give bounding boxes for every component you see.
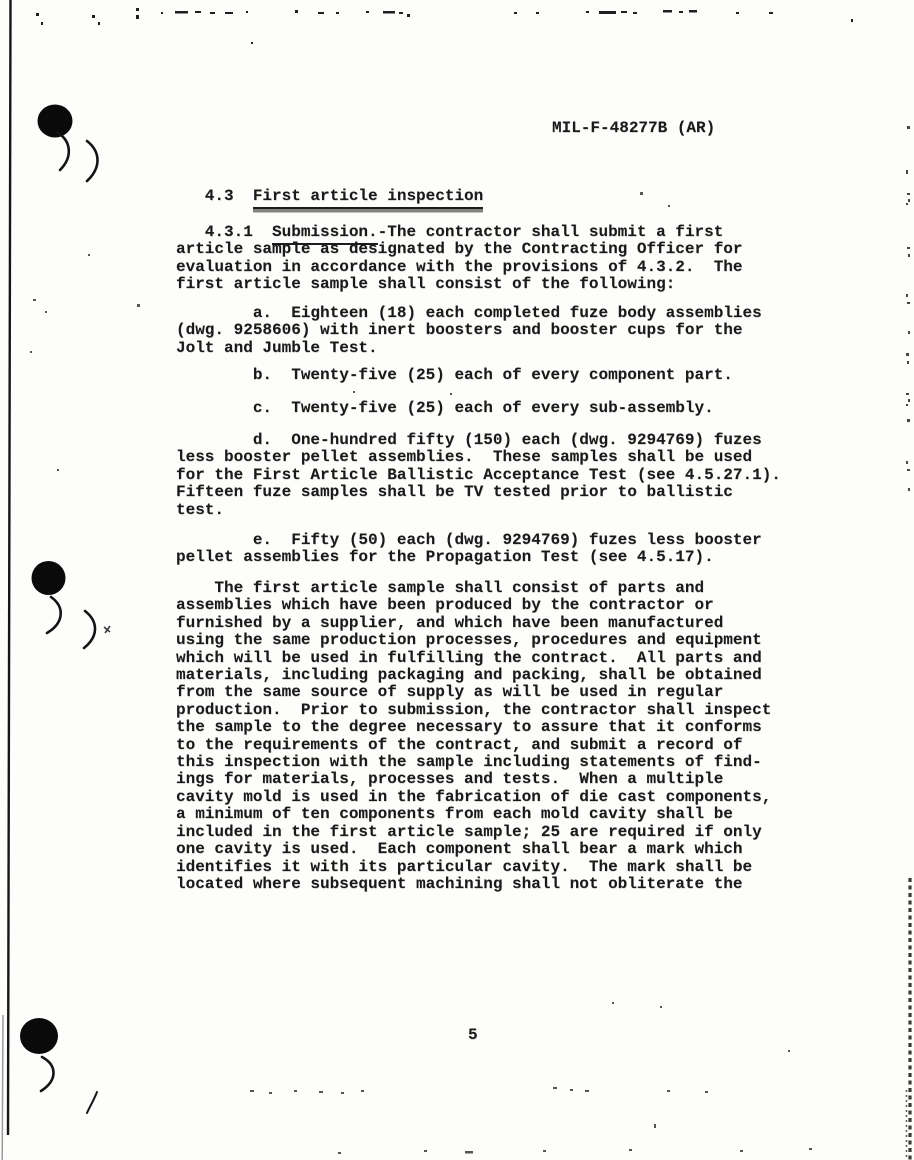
scan-speckles-top	[36, 8, 853, 44]
list-item-d: d. One-hundred fifty (150) each (dwg. 92…	[176, 432, 781, 519]
pen-check-mark	[41, 1057, 54, 1091]
closing-paragraph: The first article sample shall consist o…	[176, 580, 771, 893]
section-title: First article inspection	[253, 187, 483, 209]
paragraph-number: 4.3.1	[176, 223, 272, 241]
pen-check-mark	[47, 597, 61, 633]
hole-punch-mark	[32, 561, 66, 595]
list-item-c: c. Twenty-five (25) each of every sub-as…	[176, 400, 714, 417]
list-item-b: b. Twenty-five (25) each of every compon…	[176, 367, 733, 384]
scan-edge-line	[8, 0, 11, 1135]
paragraph-first-line: 4.3.1 Submission.-The contractor shall s…	[176, 224, 743, 241]
scan-speckles-right	[906, 126, 910, 491]
list-item-e: e. Fifty (50) each (dwg. 9294769) fuzes …	[176, 532, 762, 567]
page-number: 5	[468, 1027, 478, 1044]
scanned-document-page: MIL-F-48277B (AR) 4.3 First article insp…	[0, 0, 914, 1160]
paragraph-continuation: article sample as designated by the Cont…	[176, 241, 743, 293]
hole-punch-mark	[20, 1018, 58, 1054]
pen-check-marks	[41, 133, 98, 1113]
pen-x-speck	[104, 626, 110, 633]
pen-check-mark	[58, 133, 69, 170]
document-number: MIL-F-48277B (AR)	[552, 120, 715, 137]
section-number: 4.3	[176, 187, 253, 205]
pen-check-mark	[87, 141, 98, 181]
pen-slash-mark	[87, 1092, 97, 1113]
paragraph-first-line-rest: -The contractor shall submit a first	[378, 223, 724, 241]
hole-punch-marks	[20, 105, 73, 1055]
section-heading: 4.3 First article inspection	[176, 188, 483, 205]
scan-edge-line-faint	[2, 1015, 3, 1160]
list-item-a: a. Eighteen (18) each completed fuze bod…	[176, 305, 762, 357]
pen-check-mark	[84, 611, 95, 648]
paragraph-4-3-1: 4.3.1 Submission.-The contractor shall s…	[176, 224, 743, 294]
hole-punch-mark	[38, 105, 73, 138]
